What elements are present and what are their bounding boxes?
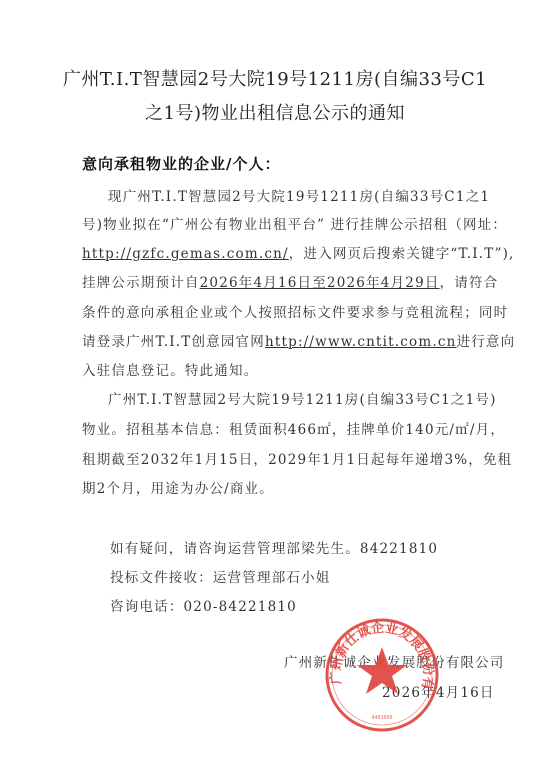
- para1-line3-text: ，进入网页后搜索关键字“T.I.T”),: [289, 246, 515, 262]
- website-label: 请登录广州T.I.T创意园官网: [82, 334, 265, 350]
- platform-link[interactable]: http://gzfc.gemas.com.cn/: [82, 246, 289, 262]
- phone-contact: 咨询电话：020-84221810: [110, 595, 297, 615]
- submission-contact: 投标文件接收：运营管理部石小姐: [110, 566, 331, 586]
- salutation: 意向承租物业的企业/个人：: [82, 153, 280, 174]
- para2-line2: 物业。招租基本信息：租赁面积466㎡，挂牌单价140元/㎡/月，: [82, 418, 505, 438]
- para1-line2: 号)物业拟在“广州公有物业出租平台” 进行挂牌公示招租（网址：: [82, 213, 507, 233]
- para1-line5: 条件的意向承租企业或个人按照招标文件要求参与竞租流程；同时: [82, 301, 508, 321]
- para1-line4: 挂牌公示期预计自2026年4月16日至2026年4月29日，请符合: [82, 271, 498, 291]
- period-dates: 2026年4月16日至2026年4月29日: [200, 275, 440, 291]
- period-suffix: ，请符合: [440, 275, 499, 291]
- website-suffix: 进行意向: [457, 334, 516, 350]
- period-label: 挂牌公示期预计自: [82, 275, 200, 291]
- svg-text:4401060: 4401060: [371, 715, 392, 721]
- document-title-line-2: 之1号)物业出租信息公示的通知: [0, 99, 550, 125]
- document-title-line-1: 广州T.I.T智慧园2号大院19号1211房(自编33号C1: [0, 65, 550, 91]
- website-link[interactable]: http://www.cntit.com.cn: [265, 334, 457, 350]
- para1-line3: http://gzfc.gemas.com.cn/，进入网页后搜索关键字“T.I…: [82, 242, 515, 262]
- inquiry-contact: 如有疑问，请咨询运营管理部梁先生。84221810: [110, 537, 438, 557]
- para1-line6: 请登录广州T.I.T创意园官网http://www.cntit.com.cn进行…: [82, 330, 515, 350]
- para2-line1: 广州T.I.T智慧园2号大院19号1211房(自编33号C1之1号): [108, 388, 497, 408]
- para2-line4: 期2个月，用途为办公/商业。: [82, 477, 274, 497]
- para2-line3: 租期截至2032年1月15日，2029年1月1日起每年递增3%，免租: [82, 448, 512, 468]
- para1-line1: 现广州T.I.T智慧园2号大院19号1211房(自编33号C1之1: [108, 185, 490, 205]
- para1-line7: 入驻信息登记。特此通知。: [82, 359, 258, 379]
- company-seal-icon: 广州新仕诚企业发展股份有限公司 4401060: [324, 617, 440, 733]
